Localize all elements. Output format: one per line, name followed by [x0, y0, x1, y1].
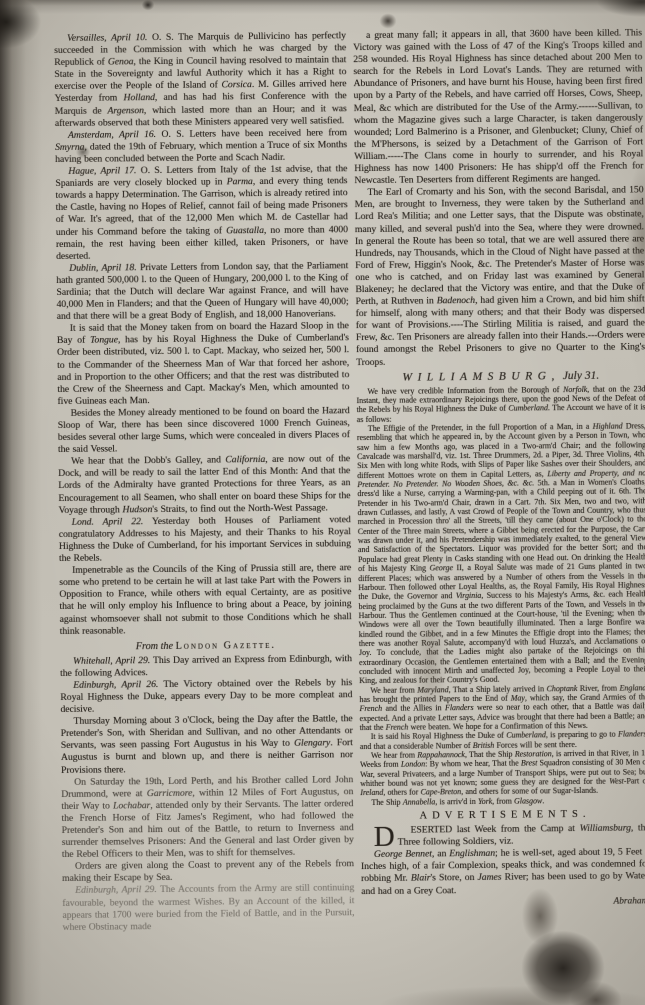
- dateline: Amsterdam, April 16.: [68, 129, 156, 141]
- dateline: Hague, April 17.: [68, 165, 136, 177]
- news-paragraph-dobbs-galley: We hear that the Dobb's Galley, and Cali…: [58, 453, 351, 516]
- dateline: Lond. April 22.: [72, 516, 144, 528]
- annabella-paragraph: The Ship Annabella, is arriv'd in York, …: [360, 795, 645, 807]
- news-paragraph-french-guineas: Besides the Money already mentioned to b…: [58, 405, 350, 456]
- rappahannock-paragraph: We hear from Rappahannock, That the Ship…: [360, 748, 645, 797]
- heading-title: WILLIAMSBURG,: [402, 370, 560, 384]
- williamsburg-section: We have very credible Information from t…: [356, 384, 645, 807]
- page-content: Versailles, April 10. O. S. The Marquis …: [54, 27, 642, 33]
- paragraph-text: Impenetrable as the Councils of the King…: [59, 562, 351, 636]
- right-column: a great many fall; it appears in all, th…: [353, 27, 645, 909]
- paragraph-text: It is said that the Money taken from on …: [57, 320, 350, 406]
- norfolk-rejoicings-paragraph: We have very credible Information from t…: [356, 384, 645, 424]
- paragraph-text: It is said his Royal Highness the Duke o…: [360, 730, 645, 751]
- effigy-procession-paragraph: The Effigie of the Pretender, in the ful…: [357, 421, 645, 685]
- news-paragraph-dublin: Dublin, April 18. Private Letters from L…: [56, 260, 349, 323]
- paragraph-text: On Saturday the 19th, Lord Perth, and hi…: [61, 774, 354, 860]
- dateline: Edinburgh, April 26.: [73, 679, 158, 691]
- heading-title: London Gazette.: [176, 640, 276, 652]
- gazette-paragraph-whitehall: Whitehall, April 29. This Day arrived an…: [60, 653, 352, 680]
- deserted-advertisement: DESERTED last Week from the Camp at Will…: [361, 822, 645, 849]
- paragraph-text: We hear from Rappahannock, That the Ship…: [360, 748, 645, 797]
- paragraph-text: The Effigie of the Pretender, in the ful…: [357, 421, 645, 685]
- paragraph-text: The Earl of Cromarty and his Son, with t…: [355, 185, 645, 368]
- heading-date: July 31.: [563, 369, 600, 381]
- paragraph-text: Thursday Morning about 3 o'Clock, being …: [61, 713, 353, 775]
- left-column: Versailles, April 10. O. S. The Marquis …: [54, 30, 355, 934]
- dateline: Dublin, April 18.: [69, 262, 136, 274]
- paragraph-text: We hear that the Dobb's Galley, and Cali…: [58, 453, 350, 515]
- paragraph-text: We hear from Maryland, That a Ship latel…: [359, 683, 645, 732]
- london-gazette-heading: From the London Gazette.: [60, 638, 352, 654]
- newspaper-page: Versailles, April 10. O. S. The Marquis …: [0, 0, 645, 1005]
- dateline: Whitehall, April 29.: [73, 655, 150, 667]
- news-paragraph-hague: Hague, April 17. O. S. Letters from Ital…: [55, 163, 348, 263]
- heading-prefix: From the: [136, 641, 173, 652]
- dateline: Edinburgh, April 29.: [75, 885, 157, 897]
- cromarty-paragraph: The Earl of Cromarty and his Son, with t…: [354, 185, 645, 369]
- gazette-paragraph-coast-orders: Orders are given along the Coast to prev…: [62, 858, 354, 885]
- news-paragraph-london: Lond. April 22. Yesterday both Houses of…: [59, 514, 351, 565]
- paragraph-text: We have very credible Information from t…: [356, 384, 645, 424]
- catchword: Abraham: [361, 896, 645, 910]
- paragraph-text: ESERTED last Week from the Camp at Willi…: [398, 822, 645, 848]
- paragraph-text: The Ship Annabella, is arriv'd in York, …: [371, 796, 544, 807]
- advertisements-heading: ADVERTISEMENTS.: [360, 807, 645, 823]
- gazette-paragraph-lord-perth: On Saturday the 19th, Lord Perth, and hi…: [61, 774, 354, 861]
- dateline: Versailles, April 10.: [67, 32, 147, 44]
- gazette-paragraph-edinburgh-26: Edinburgh, April 26. The Victory obtaine…: [60, 677, 352, 716]
- paragraph-text: a great many fall; it appears in all, th…: [353, 27, 643, 186]
- paragraph-text: George Bennet, an Englishman; he is well…: [361, 847, 645, 897]
- paragraph-text: Besides the Money already mentioned to b…: [58, 405, 350, 455]
- news-paragraph-prussia: Impenetrable as the Councils of the King…: [59, 562, 352, 637]
- williamsburg-heading: WILLIAMSBURG, July 31.: [356, 368, 645, 385]
- drop-cap: D: [361, 825, 398, 849]
- continuation-paragraph: a great many fall; it appears in all, th…: [353, 27, 643, 187]
- paragraph-text: Orders are given along the Coast to prev…: [62, 858, 354, 884]
- news-paragraph-versailles: Versailles, April 10. O. S. The Marquis …: [54, 30, 347, 130]
- news-paragraph-amsterdam: Amsterdam, April 16. O. S. Letters have …: [55, 127, 347, 166]
- gazette-paragraph-pretender-flight: Thursday Morning about 3 o'Clock, being …: [61, 713, 354, 776]
- gazette-paragraph-edinburgh-29: Edinburgh, April 29. The Accounts from t…: [62, 883, 354, 934]
- paragraph-text: O. S. Letters from Italy of the 1st advi…: [55, 163, 348, 261]
- soldier-description-paragraph: George Bennet, an Englishman; he is well…: [361, 847, 645, 898]
- maryland-paragraph: We hear from Maryland, That a Ship latel…: [359, 683, 645, 732]
- paragraph-text: O. S. The Marquis de Pullivicino has per…: [54, 30, 347, 128]
- news-paragraph-hazard-money: It is said that the Money taken from on …: [57, 320, 350, 407]
